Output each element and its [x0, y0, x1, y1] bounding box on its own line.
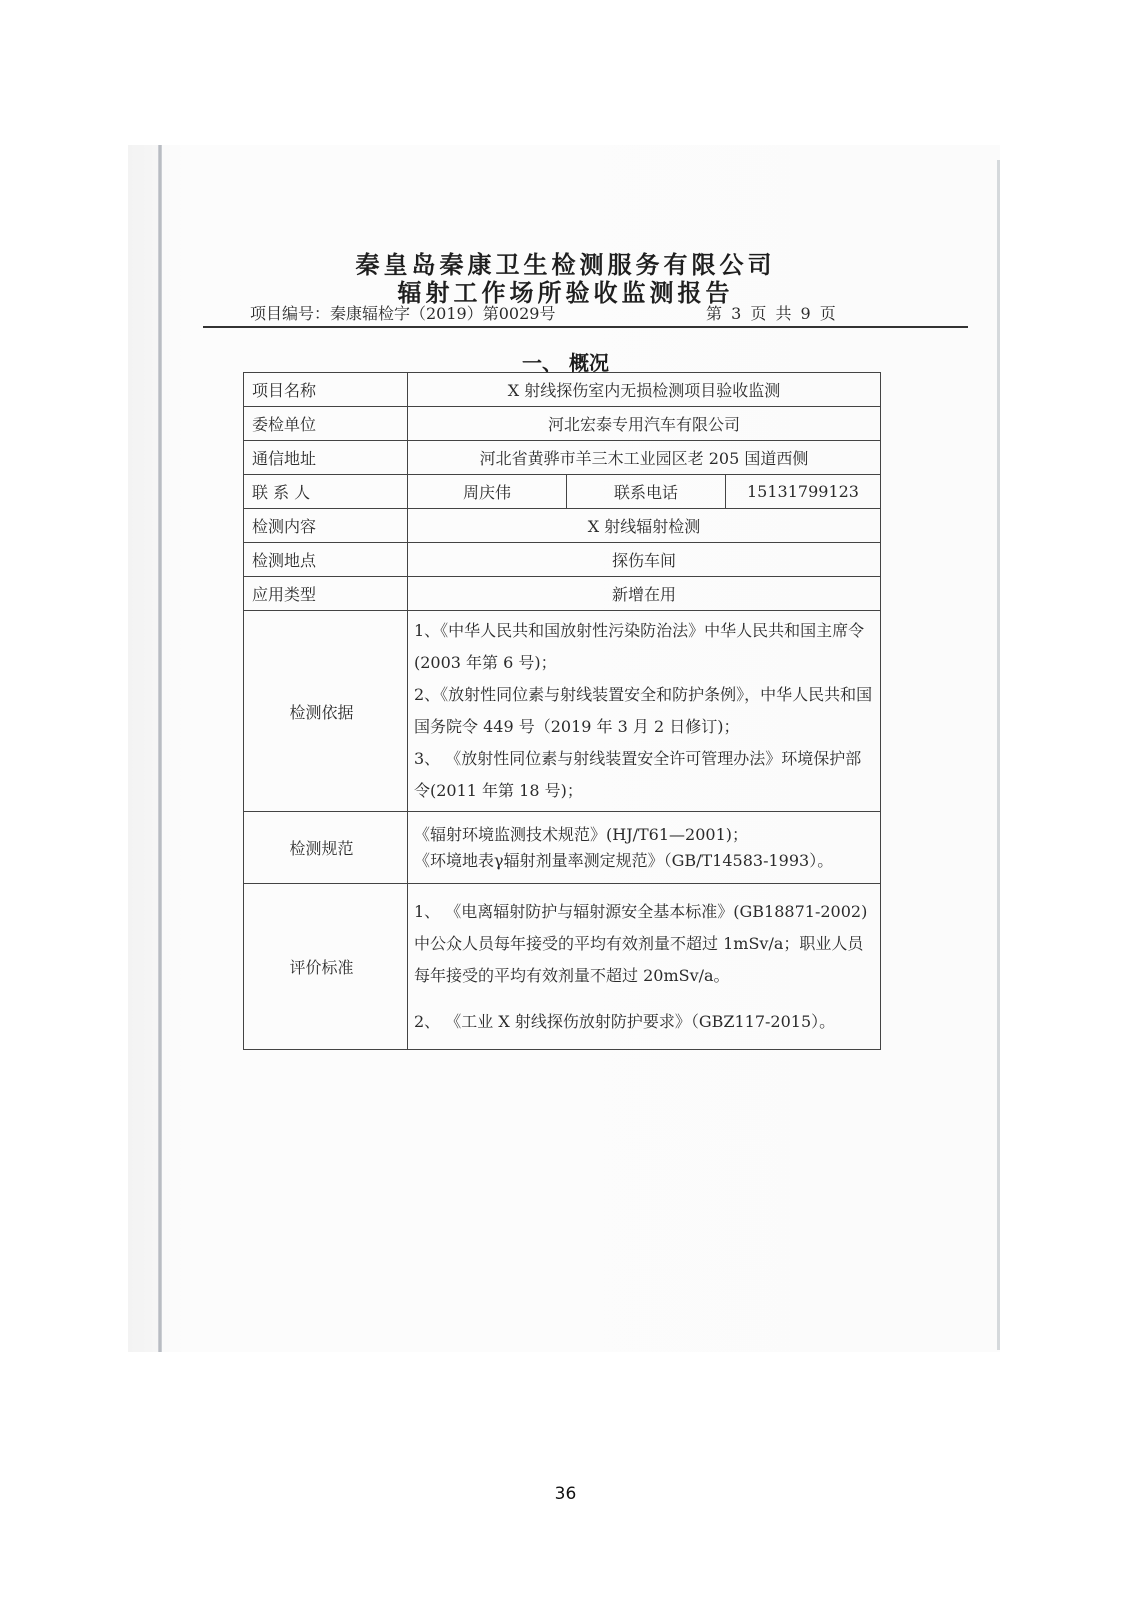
label-basis: 检测依据: [244, 611, 408, 812]
table-row-evaluation: 评价标准 1、 《电离辐射防护与辐射源安全基本标准》(GB18871-2002)…: [244, 884, 881, 1050]
table-row-basis: 检测依据 1、《中华人民共和国放射性污染防治法》中华人民共和国主席令(2003 …: [244, 611, 881, 812]
label-content: 检测内容: [244, 509, 408, 543]
value-evaluation: 1、 《电离辐射防护与辐射源安全基本标准》(GB18871-2002) 中公众人…: [408, 884, 881, 1050]
report-meta-row: 项目编号：秦康辐检字（2019）第0029号 第 3 页 共 9 页: [250, 301, 850, 323]
specification-item: 《环境地表γ辐射剂量率测定规范》（GB/T14583-1993）。: [414, 848, 874, 874]
basis-item: 2、《放射性同位素与射线装置安全和防护条例》，中华人民共和国国务院令 449 号…: [414, 679, 874, 743]
value-location: 探伤车间: [408, 543, 881, 577]
overview-table: 项目名称 X 射线探伤室内无损检测项目验收监测 委检单位 河北宏泰专用汽车有限公…: [243, 372, 881, 1050]
scan-crease-line: [158, 145, 162, 1352]
value-content: X 射线辐射检测: [408, 509, 881, 543]
value-contact-name: 周庆伟: [408, 475, 567, 509]
page-info: 第 3 页 共 9 页: [706, 301, 838, 324]
label-client-unit: 委检单位: [244, 407, 408, 441]
label-location: 检测地点: [244, 543, 408, 577]
table-row-address: 通信地址 河北省黄骅市羊三木工业园区老 205 国道西侧: [244, 441, 881, 475]
evaluation-item: 1、 《电离辐射防护与辐射源安全基本标准》(GB18871-2002) 中公众人…: [414, 896, 874, 992]
table-row-contact: 联 系 人 周庆伟 联系电话 15131799123: [244, 475, 881, 509]
label-contact-phone: 联系电话: [567, 475, 726, 509]
label-contact: 联 系 人: [244, 475, 408, 509]
basis-item: 3、 《放射性同位素与射线装置安全许可管理办法》环境保护部令(2011 年第 1…: [414, 743, 874, 807]
label-evaluation: 评价标准: [244, 884, 408, 1050]
value-address: 河北省黄骅市羊三木工业园区老 205 国道西侧: [408, 441, 881, 475]
value-specification: 《辐射环境监测技术规范》(HJ/T61—2001)； 《环境地表γ辐射剂量率测定…: [408, 812, 881, 884]
label-project-name: 项目名称: [244, 373, 408, 407]
header-divider: [203, 326, 968, 328]
table-row-specification: 检测规范 《辐射环境监测技术规范》(HJ/T61—2001)； 《环境地表γ辐射…: [244, 812, 881, 884]
value-basis: 1、《中华人民共和国放射性污染防治法》中华人民共和国主席令(2003 年第 6 …: [408, 611, 881, 812]
value-contact-phone: 15131799123: [726, 475, 881, 509]
label-specification: 检测规范: [244, 812, 408, 884]
value-client-unit: 河北宏泰专用汽车有限公司: [408, 407, 881, 441]
label-application-type: 应用类型: [244, 577, 408, 611]
value-application-type: 新增在用: [408, 577, 881, 611]
project-number: 项目编号：秦康辐检字（2019）第0029号: [250, 301, 555, 324]
spacer: [414, 992, 874, 1006]
table-row-application-type: 应用类型 新增在用: [244, 577, 881, 611]
scan-right-edge: [997, 160, 1000, 1350]
value-project-name: X 射线探伤室内无损检测项目验收监测: [408, 373, 881, 407]
evaluation-item: 2、 《工业 X 射线探伤放射防护要求》（GBZ117-2015）。: [414, 1006, 874, 1038]
page-number: 36: [0, 1484, 1131, 1504]
label-address: 通信地址: [244, 441, 408, 475]
table-row-location: 检测地点 探伤车间: [244, 543, 881, 577]
table-row-content: 检测内容 X 射线辐射检测: [244, 509, 881, 543]
table-row-project-name: 项目名称 X 射线探伤室内无损检测项目验收监测: [244, 373, 881, 407]
table-row-client-unit: 委检单位 河北宏泰专用汽车有限公司: [244, 407, 881, 441]
basis-item: 1、《中华人民共和国放射性污染防治法》中华人民共和国主席令(2003 年第 6 …: [414, 615, 874, 679]
specification-item: 《辐射环境监测技术规范》(HJ/T61—2001)；: [414, 822, 874, 848]
